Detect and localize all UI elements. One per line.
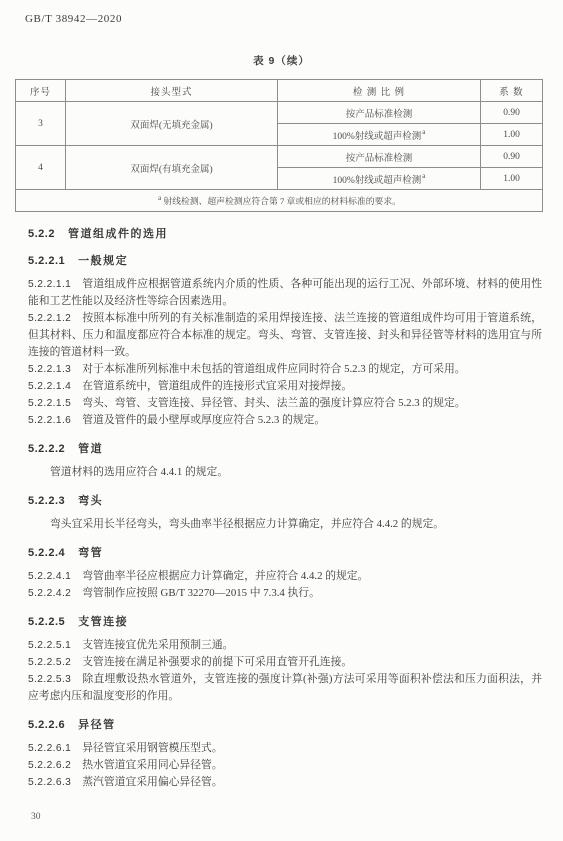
page-number: 30: [31, 812, 41, 822]
clause-5.2.2.6.3: 5.2.2.6.3蒸汽管道宜采用偏心异径管。: [28, 774, 542, 791]
ratio-text: 按产品标准检测: [346, 110, 413, 120]
clause-5.2.2.4.2: 5.2.2.4.2弯管制作应按照 GB/T 32270—2015 中 7.3.4…: [28, 585, 542, 602]
footnote-marker: a: [158, 194, 161, 202]
section-number: 5.2.2.1: [28, 255, 65, 267]
cell-factor: 1.00: [481, 124, 543, 146]
clause-5.2.2.1.2: 5.2.2.1.2按照本标准中所列的有关标准制造的采用焊接连接、法兰连接的管道组…: [28, 310, 542, 361]
clause-number: 5.2.2.1.3: [28, 364, 71, 375]
cell-joint-type-4: 双面焊(有填充金属): [66, 146, 278, 190]
table-title: 表 9（续）: [0, 53, 563, 68]
clause-text: 支管连接宜优先采用预制三通。: [82, 639, 233, 651]
clause-number: 5.2.2.6.2: [28, 760, 71, 771]
section-heading-5.2.2.3: 5.2.2.3弯头: [28, 492, 542, 508]
cell-joint-type-3: 双面焊(无填充金属): [66, 102, 278, 146]
section-heading-5.2.2.1: 5.2.2.1一般规定: [28, 252, 542, 268]
col-header-joint-type: 接头型式: [66, 80, 278, 102]
document-page: GB/T 38942—2020 表 9（续） 序号 接头型式 检 测 比 例 系…: [0, 0, 563, 841]
clause-5.2.2.1.6: 5.2.2.1.6管道及管件的最小壁厚或厚度应符合 5.2.3 的规定。: [28, 412, 542, 429]
clause-5.2.2.5.3: 5.2.2.5.3除直埋敷设热水管道外，支管连接的强度计算(补强)方法可采用等面…: [28, 671, 542, 705]
clause-5.2.2.5.1: 5.2.2.5.1支管连接宜优先采用预制三通。: [28, 637, 542, 654]
clause-5.2.2.1.1: 5.2.2.1.1管道组成件应根据管道系统内介质的性质、各种可能出现的运行工况、…: [28, 276, 542, 310]
cell-factor: 0.90: [481, 102, 543, 124]
clause-5.2.2.1.4: 5.2.2.1.4在管道系统中，管道组成件的连接形式宜采用对接焊接。: [28, 378, 542, 395]
section-title: 支管连接: [78, 616, 128, 628]
clause-number: 5.2.2.1.1: [28, 279, 71, 290]
section-heading-5.2.2.6: 5.2.2.6异径管: [28, 716, 542, 732]
clause-text: 热水管道宜采用同心异径管。: [82, 759, 222, 771]
clause-text: 异径管宜采用钢管模压型式。: [82, 742, 222, 754]
table-footnote: a 射线检测、超声检测应符合第 7 章或相应的材料标准的要求。: [16, 190, 543, 212]
cell-ratio: 按产品标准检测: [278, 102, 481, 124]
section-heading-5.2.2.4: 5.2.2.4弯管: [28, 544, 542, 560]
section-heading-5.2.2.2: 5.2.2.2管道: [28, 440, 542, 456]
table-footnote-row: a 射线检测、超声检测应符合第 7 章或相应的材料标准的要求。: [16, 190, 543, 212]
section-heading-5.2.2.5: 5.2.2.5支管连接: [28, 613, 542, 629]
section-number: 5.2.2.4: [28, 547, 65, 559]
section-number: 5.2.2: [28, 228, 55, 240]
clause-text: 管道组成件应根据管道系统内介质的性质、各种可能出现的运行工况、外部环境、材料的使…: [28, 278, 542, 307]
clause-number: 5.2.2.5.2: [28, 657, 71, 668]
section-number: 5.2.2.2: [28, 443, 65, 455]
ratio-text: 100%射线或超声检测: [333, 176, 422, 186]
footnote-text: 射线检测、超声检测应符合第 7 章或相应的材料标准的要求。: [163, 196, 401, 206]
cell-seq-3: 3: [16, 102, 66, 146]
clause-number: 5.2.2.6.3: [28, 777, 71, 788]
section-title: 一般规定: [78, 255, 128, 267]
section-title: 异径管: [78, 719, 116, 731]
clause-text: 管道及管件的最小壁厚或厚度应符合 5.2.3 的规定。: [82, 414, 325, 426]
cell-seq-4: 4: [16, 146, 66, 190]
section-title: 弯头: [78, 495, 103, 507]
footnote-ref: a: [422, 172, 425, 180]
inspection-ratio-table: 序号 接头型式 检 测 比 例 系 数 3 双面焊(无填充金属) 按产品标准检测…: [15, 79, 543, 212]
clause-5.2.2.4.1: 5.2.2.4.1弯管曲率半径应根据应力计算确定，并应符合 4.4.2 的规定。: [28, 568, 542, 585]
clause-5.2.2.1.3: 5.2.2.1.3对于本标准所列标准中未包括的管道组成件应同时符合 5.2.3 …: [28, 361, 542, 378]
doc-code: GB/T 38942—2020: [25, 13, 122, 25]
clause-text: 支管连接在满足补强要求的前提下可采用直管开孔连接。: [82, 656, 352, 668]
cell-ratio: 100%射线或超声检测a: [278, 124, 481, 146]
col-header-inspection-ratio: 检 测 比 例: [278, 80, 481, 102]
section-number: 5.2.2.5: [28, 616, 65, 628]
ratio-text: 按产品标准检测: [346, 154, 413, 164]
para-elbow: 弯头宜采用长半径弯头，弯头曲率半径根据应力计算确定，并应符合 4.4.2 的规定…: [28, 516, 542, 533]
section-title: 管道: [78, 443, 103, 455]
cell-ratio: 100%射线或超声检测a: [278, 168, 481, 190]
clause-number: 5.2.2.1.6: [28, 415, 71, 426]
section-number: 5.2.2.6: [28, 719, 65, 731]
table-row: 3 双面焊(无填充金属) 按产品标准检测 0.90: [16, 102, 543, 124]
clause-number: 5.2.2.1.5: [28, 398, 71, 409]
clause-number: 5.2.2.1.4: [28, 381, 71, 392]
clause-number: 5.2.2.4.2: [28, 588, 71, 599]
clause-number: 5.2.2.5.1: [28, 640, 71, 651]
section-title: 弯管: [78, 547, 103, 559]
clause-text: 在管道系统中，管道组成件的连接形式宜采用对接焊接。: [82, 380, 352, 392]
col-header-factor: 系 数: [481, 80, 543, 102]
clause-text: 弯管曲率半径应根据应力计算确定，并应符合 4.4.2 的规定。: [82, 570, 368, 582]
footnote-ref: a: [422, 128, 425, 136]
col-header-seq: 序号: [16, 80, 66, 102]
clause-text: 弯头、弯管、支管连接、异径管、封头、法兰盖的强度计算应符合 5.2.3 的规定。: [82, 397, 465, 409]
table-row: 4 双面焊(有填充金属) 按产品标准检测 0.90: [16, 146, 543, 168]
clause-text: 弯管制作应按照 GB/T 32270—2015 中 7.3.4 执行。: [82, 587, 320, 599]
clause-text: 蒸汽管道宜采用偏心异径管。: [82, 776, 222, 788]
section-title: 管道组成件的选用: [68, 228, 168, 240]
clause-text: 除直埋敷设热水管道外，支管连接的强度计算(补强)方法可采用等面积补偿法和压力面积…: [28, 673, 542, 702]
clause-5.2.2.5.2: 5.2.2.5.2支管连接在满足补强要求的前提下可采用直管开孔连接。: [28, 654, 542, 671]
clause-number: 5.2.2.6.1: [28, 743, 71, 754]
clause-5.2.2.6.2: 5.2.2.6.2热水管道宜采用同心异径管。: [28, 757, 542, 774]
cell-factor: 0.90: [481, 146, 543, 168]
clause-text: 按照本标准中所列的有关标准制造的采用焊接连接、法兰连接的管道组成件均可用于管道系…: [28, 312, 542, 358]
clause-number: 5.2.2.4.1: [28, 571, 71, 582]
clause-number: 5.2.2.1.2: [28, 313, 71, 324]
cell-factor: 1.00: [481, 168, 543, 190]
ratio-text: 100%射线或超声检测: [333, 132, 422, 142]
cell-ratio: 按产品标准检测: [278, 146, 481, 168]
section-number: 5.2.2.3: [28, 495, 65, 507]
clause-5.2.2.6.1: 5.2.2.6.1异径管宜采用钢管模压型式。: [28, 740, 542, 757]
para-pipe-material: 管道材料的选用应符合 4.4.1 的规定。: [28, 464, 542, 481]
clause-text: 对于本标准所列标准中未包括的管道组成件应同时符合 5.2.3 的规定，方可采用。: [82, 363, 465, 375]
section-heading-5.2.2: 5.2.2管道组成件的选用: [28, 225, 542, 241]
document-body: 5.2.2管道组成件的选用 5.2.2.1一般规定 5.2.2.1.1管道组成件…: [28, 221, 542, 791]
clause-number: 5.2.2.5.3: [28, 674, 71, 685]
clause-5.2.2.1.5: 5.2.2.1.5弯头、弯管、支管连接、异径管、封头、法兰盖的强度计算应符合 5…: [28, 395, 542, 412]
table-header-row: 序号 接头型式 检 测 比 例 系 数: [16, 80, 543, 102]
